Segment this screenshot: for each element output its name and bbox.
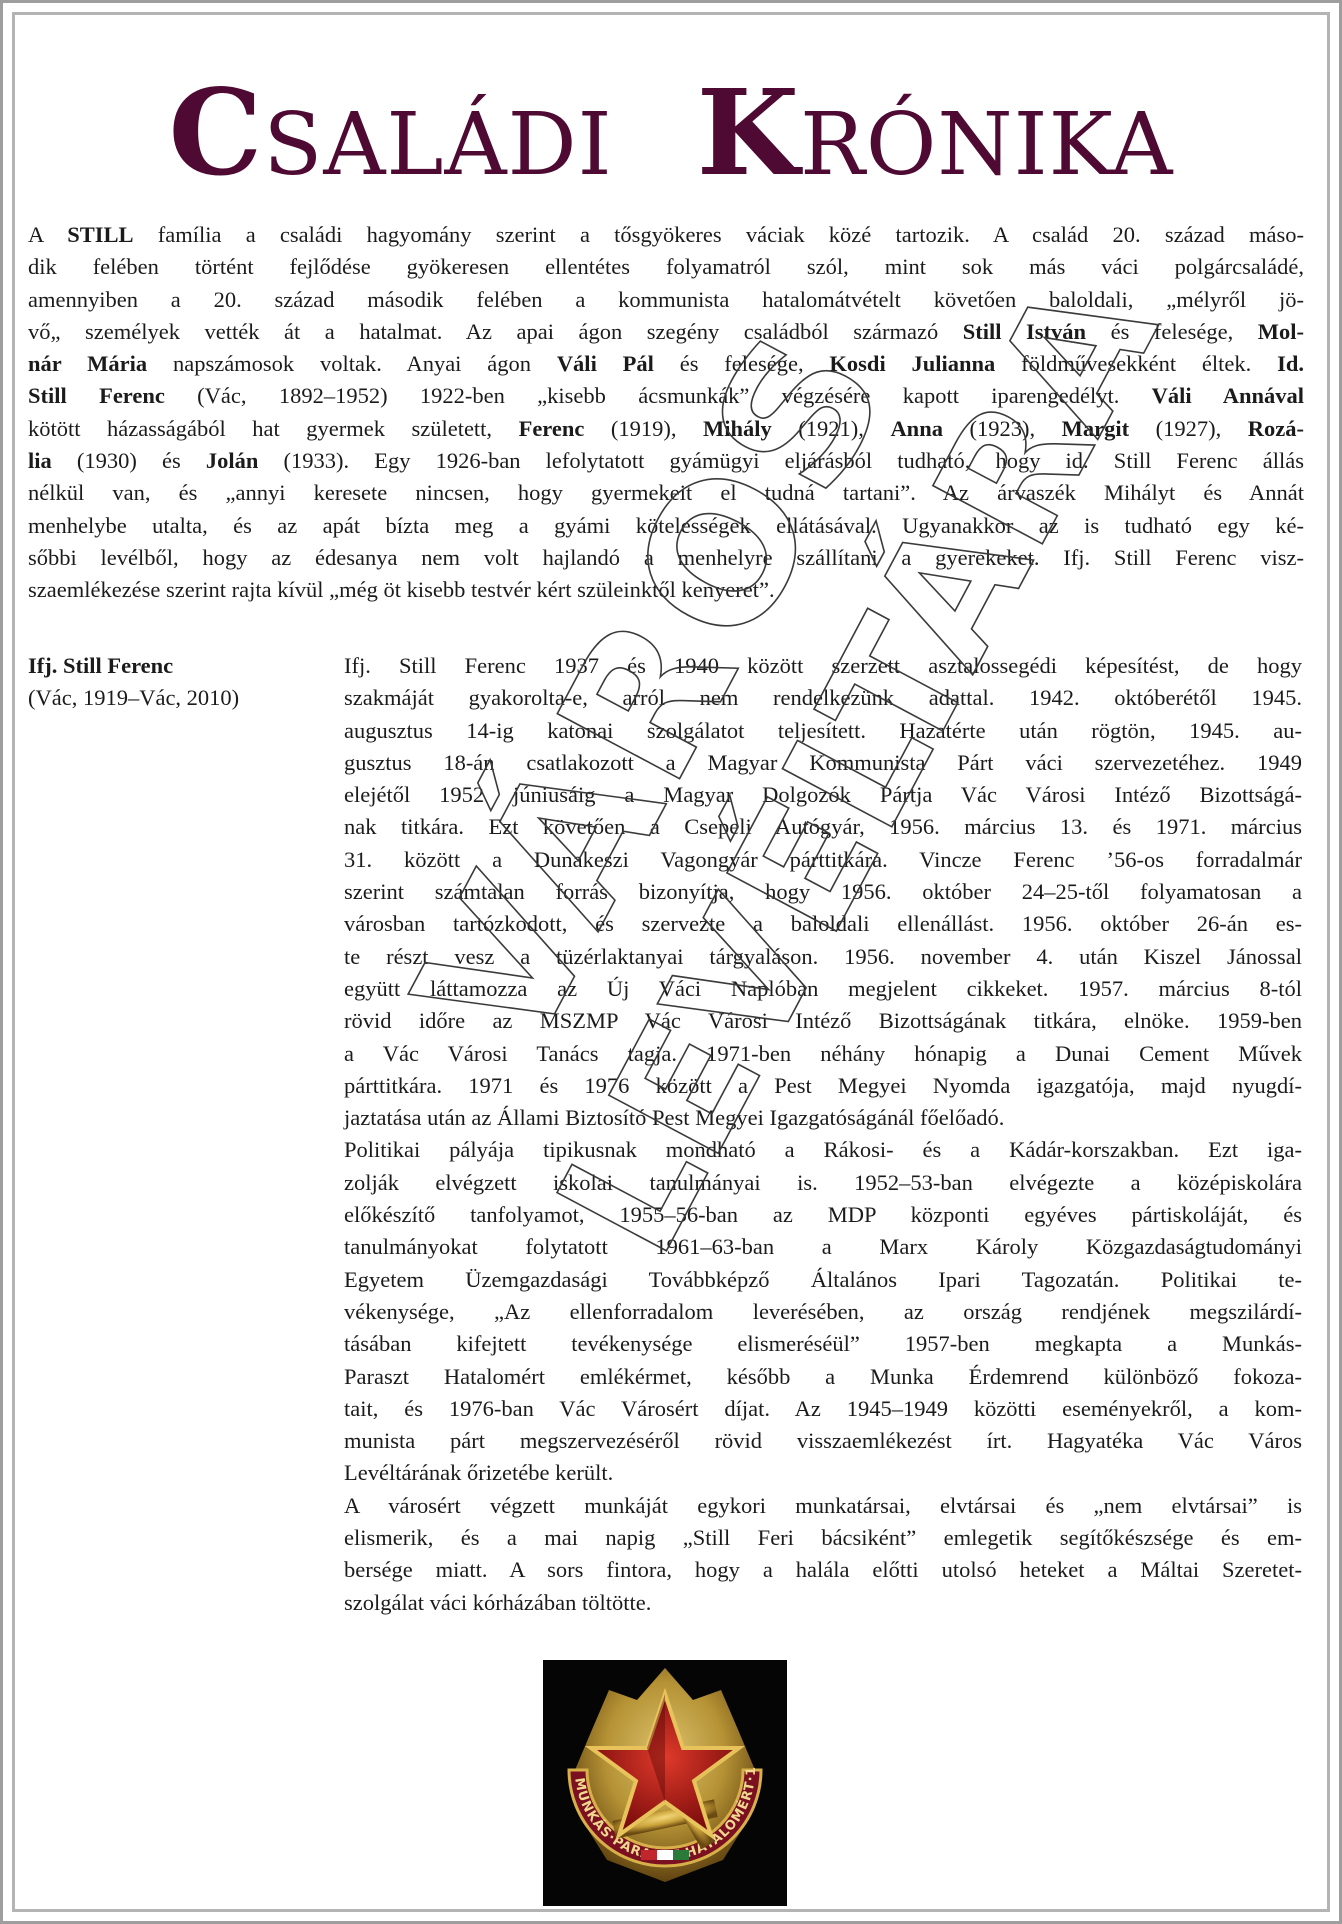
highlighted-name: Ferenc <box>519 416 585 441</box>
intro-line: nélkül van, és „annyi keresete nincsen, … <box>28 477 1304 509</box>
intro-line: szaemlékezése szerint rajta kívül „még ö… <box>28 574 1304 606</box>
person-name: Ifj. Still Ferenc <box>28 650 328 682</box>
bio-line: elismerik, és a mai napig „Still Feri bá… <box>344 1522 1302 1554</box>
bio-line: szolgálat váci kórházában töltötte. <box>344 1587 1302 1619</box>
intro-line: A STILL família a családi hagyomány szer… <box>28 219 1304 251</box>
bio-line: szerint számtalan forrás bizonyítja, hog… <box>344 876 1302 908</box>
highlighted-name: Jolán <box>206 448 259 473</box>
bio-line: munista párt megszervezéséről rövid viss… <box>344 1425 1302 1457</box>
intro-line: amennyiben a 20. század második felében … <box>28 284 1304 316</box>
highlighted-name: Still Ferenc <box>28 383 165 408</box>
title-word2-initial: K <box>697 63 801 202</box>
title-word1-initial: C <box>168 63 263 202</box>
highlighted-name: Rozá- <box>1248 416 1304 441</box>
bio-line: Ifj. Still Ferenc 1937 és 1940 között sz… <box>344 650 1302 682</box>
highlighted-name: Kosdi Julianna <box>829 351 995 376</box>
bio-line: tásában kifejtett tevékenysége elismerés… <box>344 1328 1302 1360</box>
bio-line: városban tartózkodott, és szervezte a ba… <box>344 908 1302 940</box>
highlighted-name: Váli Annával <box>1152 383 1304 408</box>
bio-line: rövid időre az MSZMP Vác Városi Intéző B… <box>344 1005 1302 1037</box>
bio-line: augusztus 14-ig katonai szolgálatot telj… <box>344 715 1302 747</box>
bio-line: együtt láttamozza az Új Váci Naplóban me… <box>344 973 1302 1005</box>
highlighted-name: STILL <box>67 222 133 247</box>
bio-line: bersége miatt. A sors fintora, hogy a ha… <box>344 1554 1302 1586</box>
bio-line: Politikai pályája tipikusnak mondható a … <box>344 1134 1302 1166</box>
bio-line: zolják elvégzett iskolai tanulmányai is.… <box>344 1167 1302 1199</box>
highlighted-name: Váli Pál <box>557 351 654 376</box>
intro-line: dik felében történt fejlődése gyökeresen… <box>28 251 1304 283</box>
highlighted-name: lia <box>28 448 52 473</box>
bio-line: szakmáját gyakorolta-e, arról nem rendel… <box>344 682 1302 714</box>
bio-line: jaztatása után az Állami Biztosító Pest … <box>344 1102 1302 1134</box>
person-label: Ifj. Still Ferenc (Vác, 1919–Vác, 2010) <box>28 650 328 715</box>
bio-line: vékenysége, „Az ellenforradalom leverésé… <box>344 1296 1302 1328</box>
highlighted-name: Still István <box>963 319 1086 344</box>
bio-line: gusztus 18-án csatlakozott a Magyar Komm… <box>344 747 1302 779</box>
bio-line: előkészítő tanfolyamot, 1955–56-ban az M… <box>344 1199 1302 1231</box>
bio-line: nak titkára. Ezt követően a Csepeli Autó… <box>344 811 1302 843</box>
title-word2-rest: RÓNIKA <box>800 95 1173 195</box>
highlighted-name: Margit <box>1062 416 1129 441</box>
medal-icon: MUNKÁS·PARASZT·HATALOMÉRT·1957 <box>543 1660 787 1906</box>
bio-line: te részt vesz a tüzérlaktanyai tárgyalás… <box>344 941 1302 973</box>
intro-line: sőbbi levélből, hogy az édesanya nem vol… <box>28 542 1304 574</box>
bio-line: A városért végzett munkáját egykori munk… <box>344 1490 1302 1522</box>
bio-line: a Vác Városi Tanács tagja. 1971-ben néhá… <box>344 1038 1302 1070</box>
intro-line: vő„ személyek vették át a hatalmat. Az a… <box>28 316 1304 348</box>
intro-line: kötött házasságából hat gyermek születet… <box>28 413 1304 445</box>
bio-line: tait, és 1976-ban Vác Városért díjat. Az… <box>344 1393 1302 1425</box>
intro-line: nár Mária napszámosok voltak. Anyai ágon… <box>28 348 1304 380</box>
highlighted-name: Mol- <box>1258 319 1304 344</box>
highlighted-name: Id. <box>1277 351 1304 376</box>
intro-paragraph: A STILL família a családi hagyomány szer… <box>28 219 1304 607</box>
bio-line: párttitkára. 1971 és 1976 között a Pest … <box>344 1070 1302 1102</box>
page-title: CSALÁDIKRÓNIKA <box>0 63 1342 202</box>
bio-line: 31. között a Dunakeszi Vagongyár párttit… <box>344 844 1302 876</box>
highlighted-name: nár Mária <box>28 351 147 376</box>
bio-line: Egyetem Üzemgazdasági Továbbképző Általá… <box>344 1264 1302 1296</box>
medal-image: MUNKÁS·PARASZT·HATALOMÉRT·1957 <box>543 1660 787 1906</box>
intro-line: lia (1930) és Jolán (1933). Egy 1926-ban… <box>28 445 1304 477</box>
intro-line: menhelybe utalta, és az apát bízta meg a… <box>28 510 1304 542</box>
person-dates: (Vác, 1919–Vác, 2010) <box>28 682 328 714</box>
highlighted-name: Anna <box>890 416 943 441</box>
highlighted-name: Mihály <box>703 416 772 441</box>
bio-line: Paraszt Hatalomért emlékérmet, később a … <box>344 1361 1302 1393</box>
bio-line: elejétől 1952 júniusáig a Magyar Dolgozó… <box>344 779 1302 811</box>
bio-line: tanulmányokat folytatott 1961–63-ban a M… <box>344 1231 1302 1263</box>
intro-line: Still Ferenc (Vác, 1892–1952) 1922-ben „… <box>28 380 1304 412</box>
bio-line: Levéltárának őrizetébe került. <box>344 1457 1302 1489</box>
biography-text: Ifj. Still Ferenc 1937 és 1940 között sz… <box>344 650 1302 1619</box>
title-word1-rest: SALÁDI <box>263 95 612 195</box>
